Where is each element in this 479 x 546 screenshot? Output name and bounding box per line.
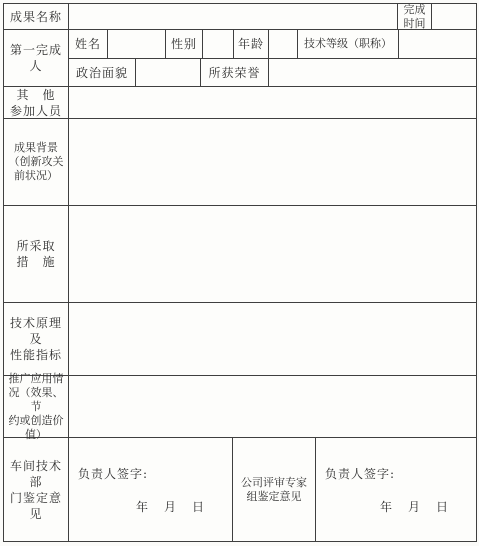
row-measures: 所采取 措 施 — [4, 206, 476, 303]
row-background: 成果背景 （创新攻关 前状况） — [4, 119, 476, 206]
measures-label-cell: 所采取 措 施 — [4, 206, 69, 302]
subrow-name-gender-age: 姓名 性别 年龄 技术等级（职称） — [69, 30, 476, 59]
result-name-label-cell: 成果名称 — [4, 4, 69, 29]
first-completer-label-cell: 第一完成人 — [4, 30, 69, 86]
name-label-cell: 姓名 — [69, 30, 108, 58]
subrow-political-honors: 政治面貌 所获荣誉 — [69, 59, 476, 86]
application-label-cell: 推广应用情 况（效果、节 约或创造价 值） — [4, 376, 69, 437]
company-signature-cell[interactable]: 负责人签字: 年 月 日 — [316, 438, 476, 541]
background-label: 成果背景 （创新攻关 前状况） — [9, 141, 64, 183]
tech-grade-label-cell: 技术等级（职称） — [298, 30, 399, 58]
honors-label-cell: 所获荣誉 — [201, 59, 269, 86]
honors-input-cell[interactable] — [269, 59, 476, 86]
background-label-cell: 成果背景 （创新攻关 前状况） — [4, 119, 69, 205]
company-sign-label: 负责人签字: — [316, 465, 476, 482]
workshop-signature-cell[interactable]: 负责人签字: 年 月 日 — [69, 438, 233, 541]
workshop-sign-label: 负责人签字: — [69, 465, 232, 482]
row-principle: 技术原理及 性能指标 — [4, 303, 476, 376]
row-appraisal: 车间技术部 门鉴定意见 负责人签字: 年 月 日 公司评审专家 组鉴定意见 负责… — [4, 438, 476, 541]
company-opinion-label-cell: 公司评审专家 组鉴定意见 — [233, 438, 316, 541]
measures-label: 所采取 措 施 — [16, 238, 55, 270]
background-input-cell[interactable] — [69, 119, 476, 205]
name-input-cell[interactable] — [108, 30, 166, 58]
honors-label: 所获荣誉 — [208, 65, 260, 81]
row-application: 推广应用情 况（效果、节 约或创造价 值） — [4, 376, 476, 438]
gender-input-cell[interactable] — [203, 30, 234, 58]
age-input-cell[interactable] — [269, 30, 298, 58]
row-result-name: 成果名称 完成 时间 — [4, 4, 476, 30]
principle-label-cell: 技术原理及 性能指标 — [4, 303, 69, 375]
workshop-date-label: 年 月 日 — [69, 498, 232, 515]
gender-label: 性别 — [171, 36, 197, 52]
row-other-participants: 其 他 参加人员 — [4, 87, 476, 119]
application-input-cell[interactable] — [69, 376, 476, 437]
name-label: 姓名 — [75, 36, 101, 52]
tech-grade-input-cell[interactable] — [399, 30, 476, 58]
other-participants-input-cell[interactable] — [69, 87, 476, 118]
first-completer-fields: 姓名 性别 年龄 技术等级（职称） 政治面貌 — [69, 30, 476, 86]
gender-label-cell: 性别 — [166, 30, 203, 58]
company-opinion-label: 公司评审专家 组鉴定意见 — [241, 476, 307, 504]
workshop-opinion-label-cell: 车间技术部 门鉴定意见 — [4, 438, 69, 541]
appraisal-form-table: 成果名称 完成 时间 第一完成人 姓名 性别 年龄 — [3, 3, 477, 542]
application-label: 推广应用情 况（效果、节 约或创造价 值） — [4, 372, 68, 442]
measures-input-cell[interactable] — [69, 206, 476, 302]
political-status-label: 政治面貌 — [76, 65, 128, 81]
result-name-input-cell[interactable] — [69, 4, 398, 29]
completion-time-label: 完成 时间 — [404, 3, 426, 31]
principle-input-cell[interactable] — [69, 303, 476, 375]
age-label: 年龄 — [238, 36, 264, 52]
political-status-input-cell[interactable] — [136, 59, 201, 86]
result-name-label: 成果名称 — [10, 9, 62, 25]
completion-time-label-cell: 完成 时间 — [398, 4, 432, 29]
completion-time-input-cell[interactable] — [432, 4, 476, 29]
tech-grade-label: 技术等级（职称） — [304, 37, 392, 51]
other-participants-label-cell: 其 他 参加人员 — [4, 87, 69, 118]
workshop-opinion-label: 车间技术部 门鉴定意见 — [4, 458, 68, 522]
principle-label: 技术原理及 性能指标 — [4, 315, 68, 363]
other-participants-label: 其 他 参加人员 — [10, 87, 62, 119]
row-first-completer: 第一完成人 姓名 性别 年龄 技术等级（职称） — [4, 30, 476, 87]
first-completer-label: 第一完成人 — [4, 42, 68, 74]
political-status-label-cell: 政治面貌 — [69, 59, 136, 86]
age-label-cell: 年龄 — [234, 30, 269, 58]
company-date-label: 年 月 日 — [316, 498, 476, 515]
